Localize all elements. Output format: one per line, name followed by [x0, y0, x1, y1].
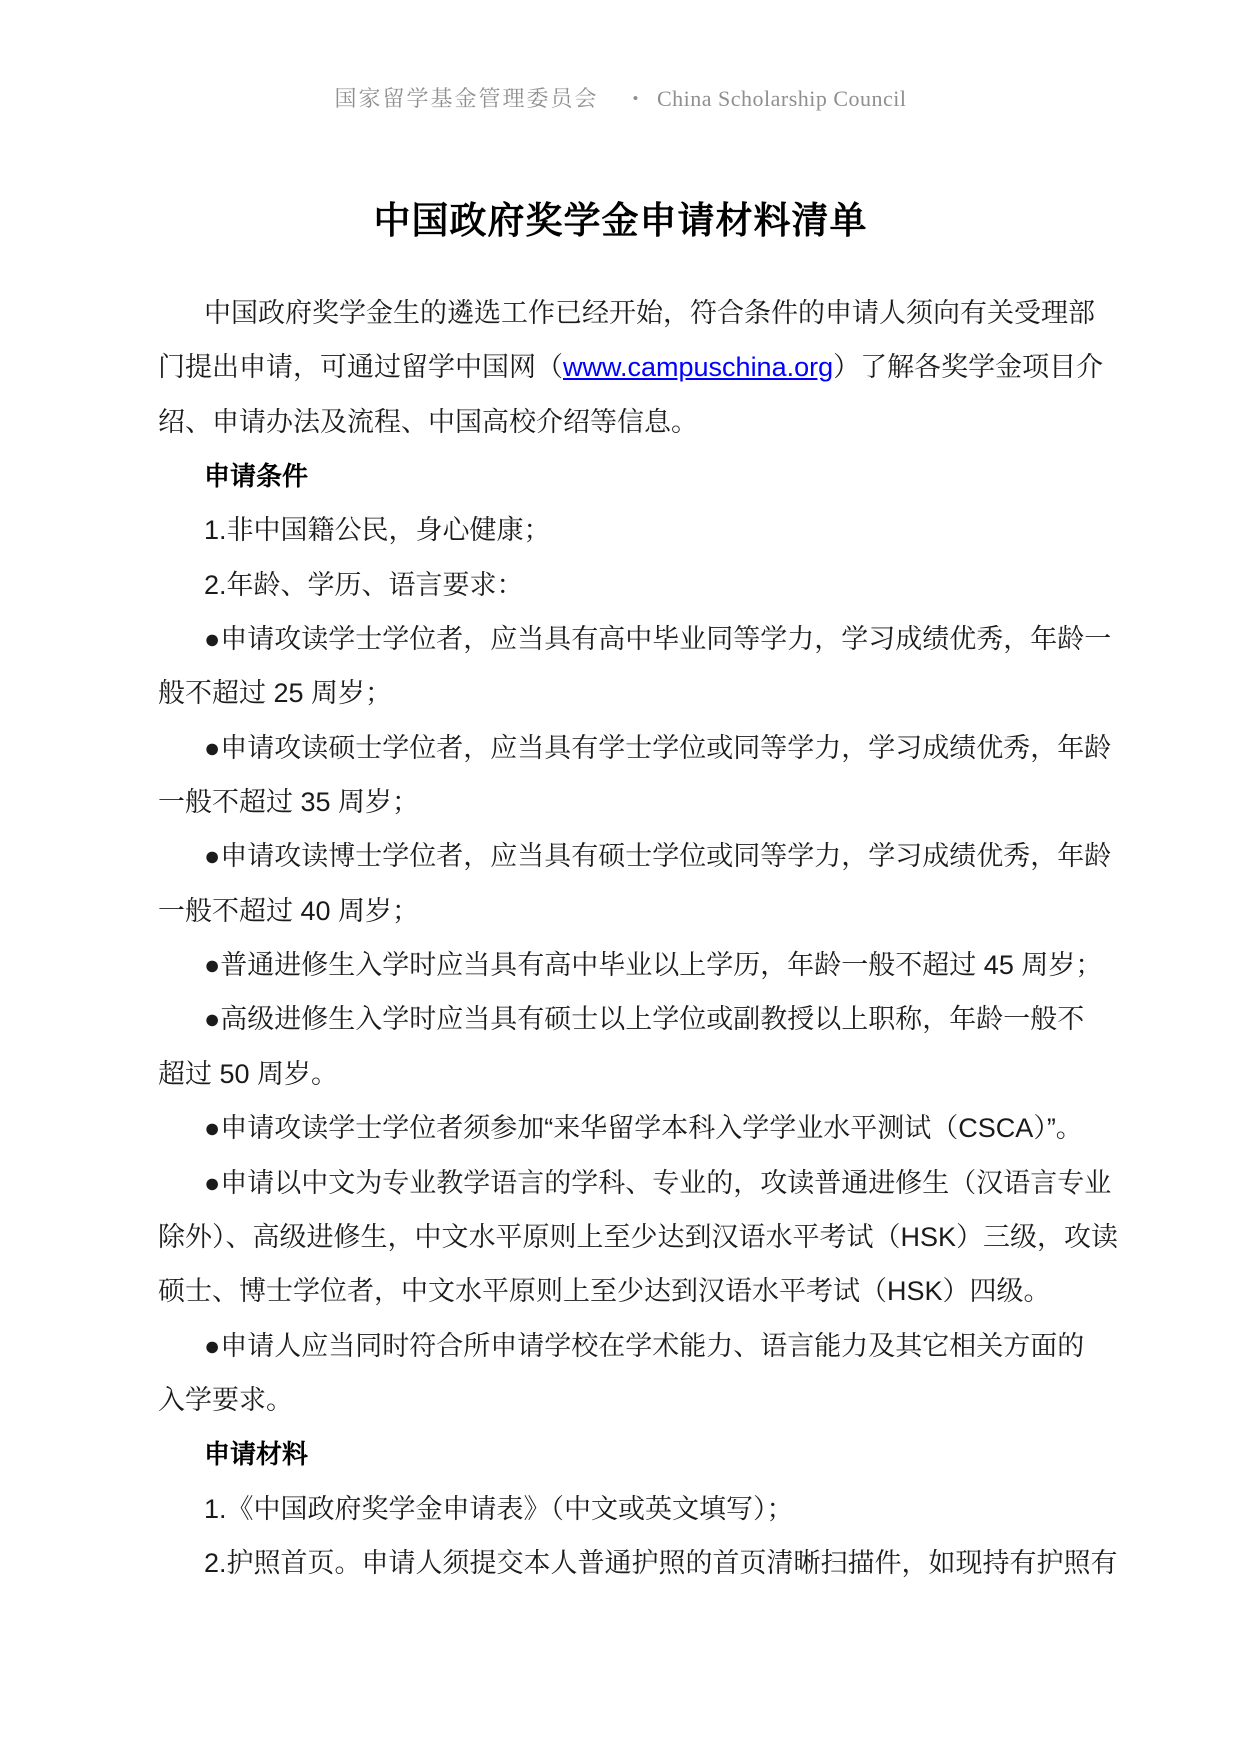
condition-line-10: ●高级进修生入学时应当具有硕士以上学位或副教授以上职称，年龄一般不	[158, 992, 1088, 1046]
document-page: 国家留学基金管理委员会 • China Scholarship Council …	[0, 0, 1241, 1755]
material-line-2: 2.护照首页。申请人须提交本人普通护照的首页清晰扫描件，如现持有护照有	[158, 1536, 1088, 1590]
intro-line-3: 绍、申请办法及流程、中国高校介绍等信息。	[158, 395, 1088, 449]
material-line-1: 1.《中国政府奖学金申请表》（中文或英文填写）；	[158, 1482, 1088, 1536]
condition-line-3: ●申请攻读学士学位者，应当具有高中毕业同等学力，学习成绩优秀，年龄一	[158, 612, 1088, 666]
condition-line-9: ●普通进修生入学时应当具有高中毕业以上学历，年龄一般不超过 45 周岁；	[158, 938, 1088, 992]
condition-line-11: 超过 50 周岁。	[158, 1047, 1088, 1101]
document-body: 中国政府奖学金生的遴选工作已经开始，符合条件的申请人须向有关受理部 门提出申请，…	[158, 286, 1088, 1590]
condition-line-14: 除外）、高级进修生，中文水平原则上至少达到汉语水平考试（HSK）三级，攻读	[158, 1210, 1088, 1264]
condition-line-12: ●申请攻读学士学位者须参加“来华留学本科入学学业水平测试（CSCA）”。	[158, 1101, 1088, 1155]
document-header: 国家留学基金管理委员会 • China Scholarship Council	[0, 82, 1241, 113]
condition-line-17: 入学要求。	[158, 1373, 1088, 1427]
document-title: 中国政府奖学金申请材料清单	[0, 190, 1241, 244]
intro-line-2-after: ）了解各奖学金项目介	[833, 352, 1103, 382]
materials-heading: 申请材料	[158, 1427, 1088, 1481]
campuschina-link[interactable]: www.campuschina.org	[563, 352, 833, 382]
condition-line-2: 2.年龄、学历、语言要求：	[158, 558, 1088, 612]
intro-line-2: 门提出申请，可通过留学中国网（www.campuschina.org）了解各奖学…	[158, 340, 1088, 394]
org-name-english: China Scholarship Council	[657, 86, 907, 111]
bullet-separator-icon: •	[632, 89, 638, 109]
condition-line-4: 般不超过 25 周岁；	[158, 666, 1088, 720]
intro-line-1: 中国政府奖学金生的遴选工作已经开始，符合条件的申请人须向有关受理部	[158, 286, 1088, 340]
conditions-heading: 申请条件	[158, 449, 1088, 503]
condition-line-7: ●申请攻读博士学位者，应当具有硕士学位或同等学力，学习成绩优秀，年龄	[158, 829, 1088, 883]
org-name-chinese: 国家留学基金管理委员会	[334, 86, 598, 111]
intro-line-2-before: 门提出申请，可通过留学中国网（	[158, 352, 563, 382]
condition-line-8: 一般不超过 40 周岁；	[158, 884, 1088, 938]
condition-line-15: 硕士、博士学位者，中文水平原则上至少达到汉语水平考试（HSK）四级。	[158, 1264, 1088, 1318]
condition-line-1: 1.非中国籍公民，身心健康；	[158, 503, 1088, 557]
condition-line-13: ●申请以中文为专业教学语言的学科、专业的，攻读普通进修生（汉语言专业	[158, 1156, 1088, 1210]
condition-line-6: 一般不超过 35 周岁；	[158, 775, 1088, 829]
condition-line-16: ●申请人应当同时符合所申请学校在学术能力、语言能力及其它相关方面的	[158, 1319, 1088, 1373]
condition-line-5: ●申请攻读硕士学位者，应当具有学士学位或同等学力，学习成绩优秀，年龄	[158, 721, 1088, 775]
